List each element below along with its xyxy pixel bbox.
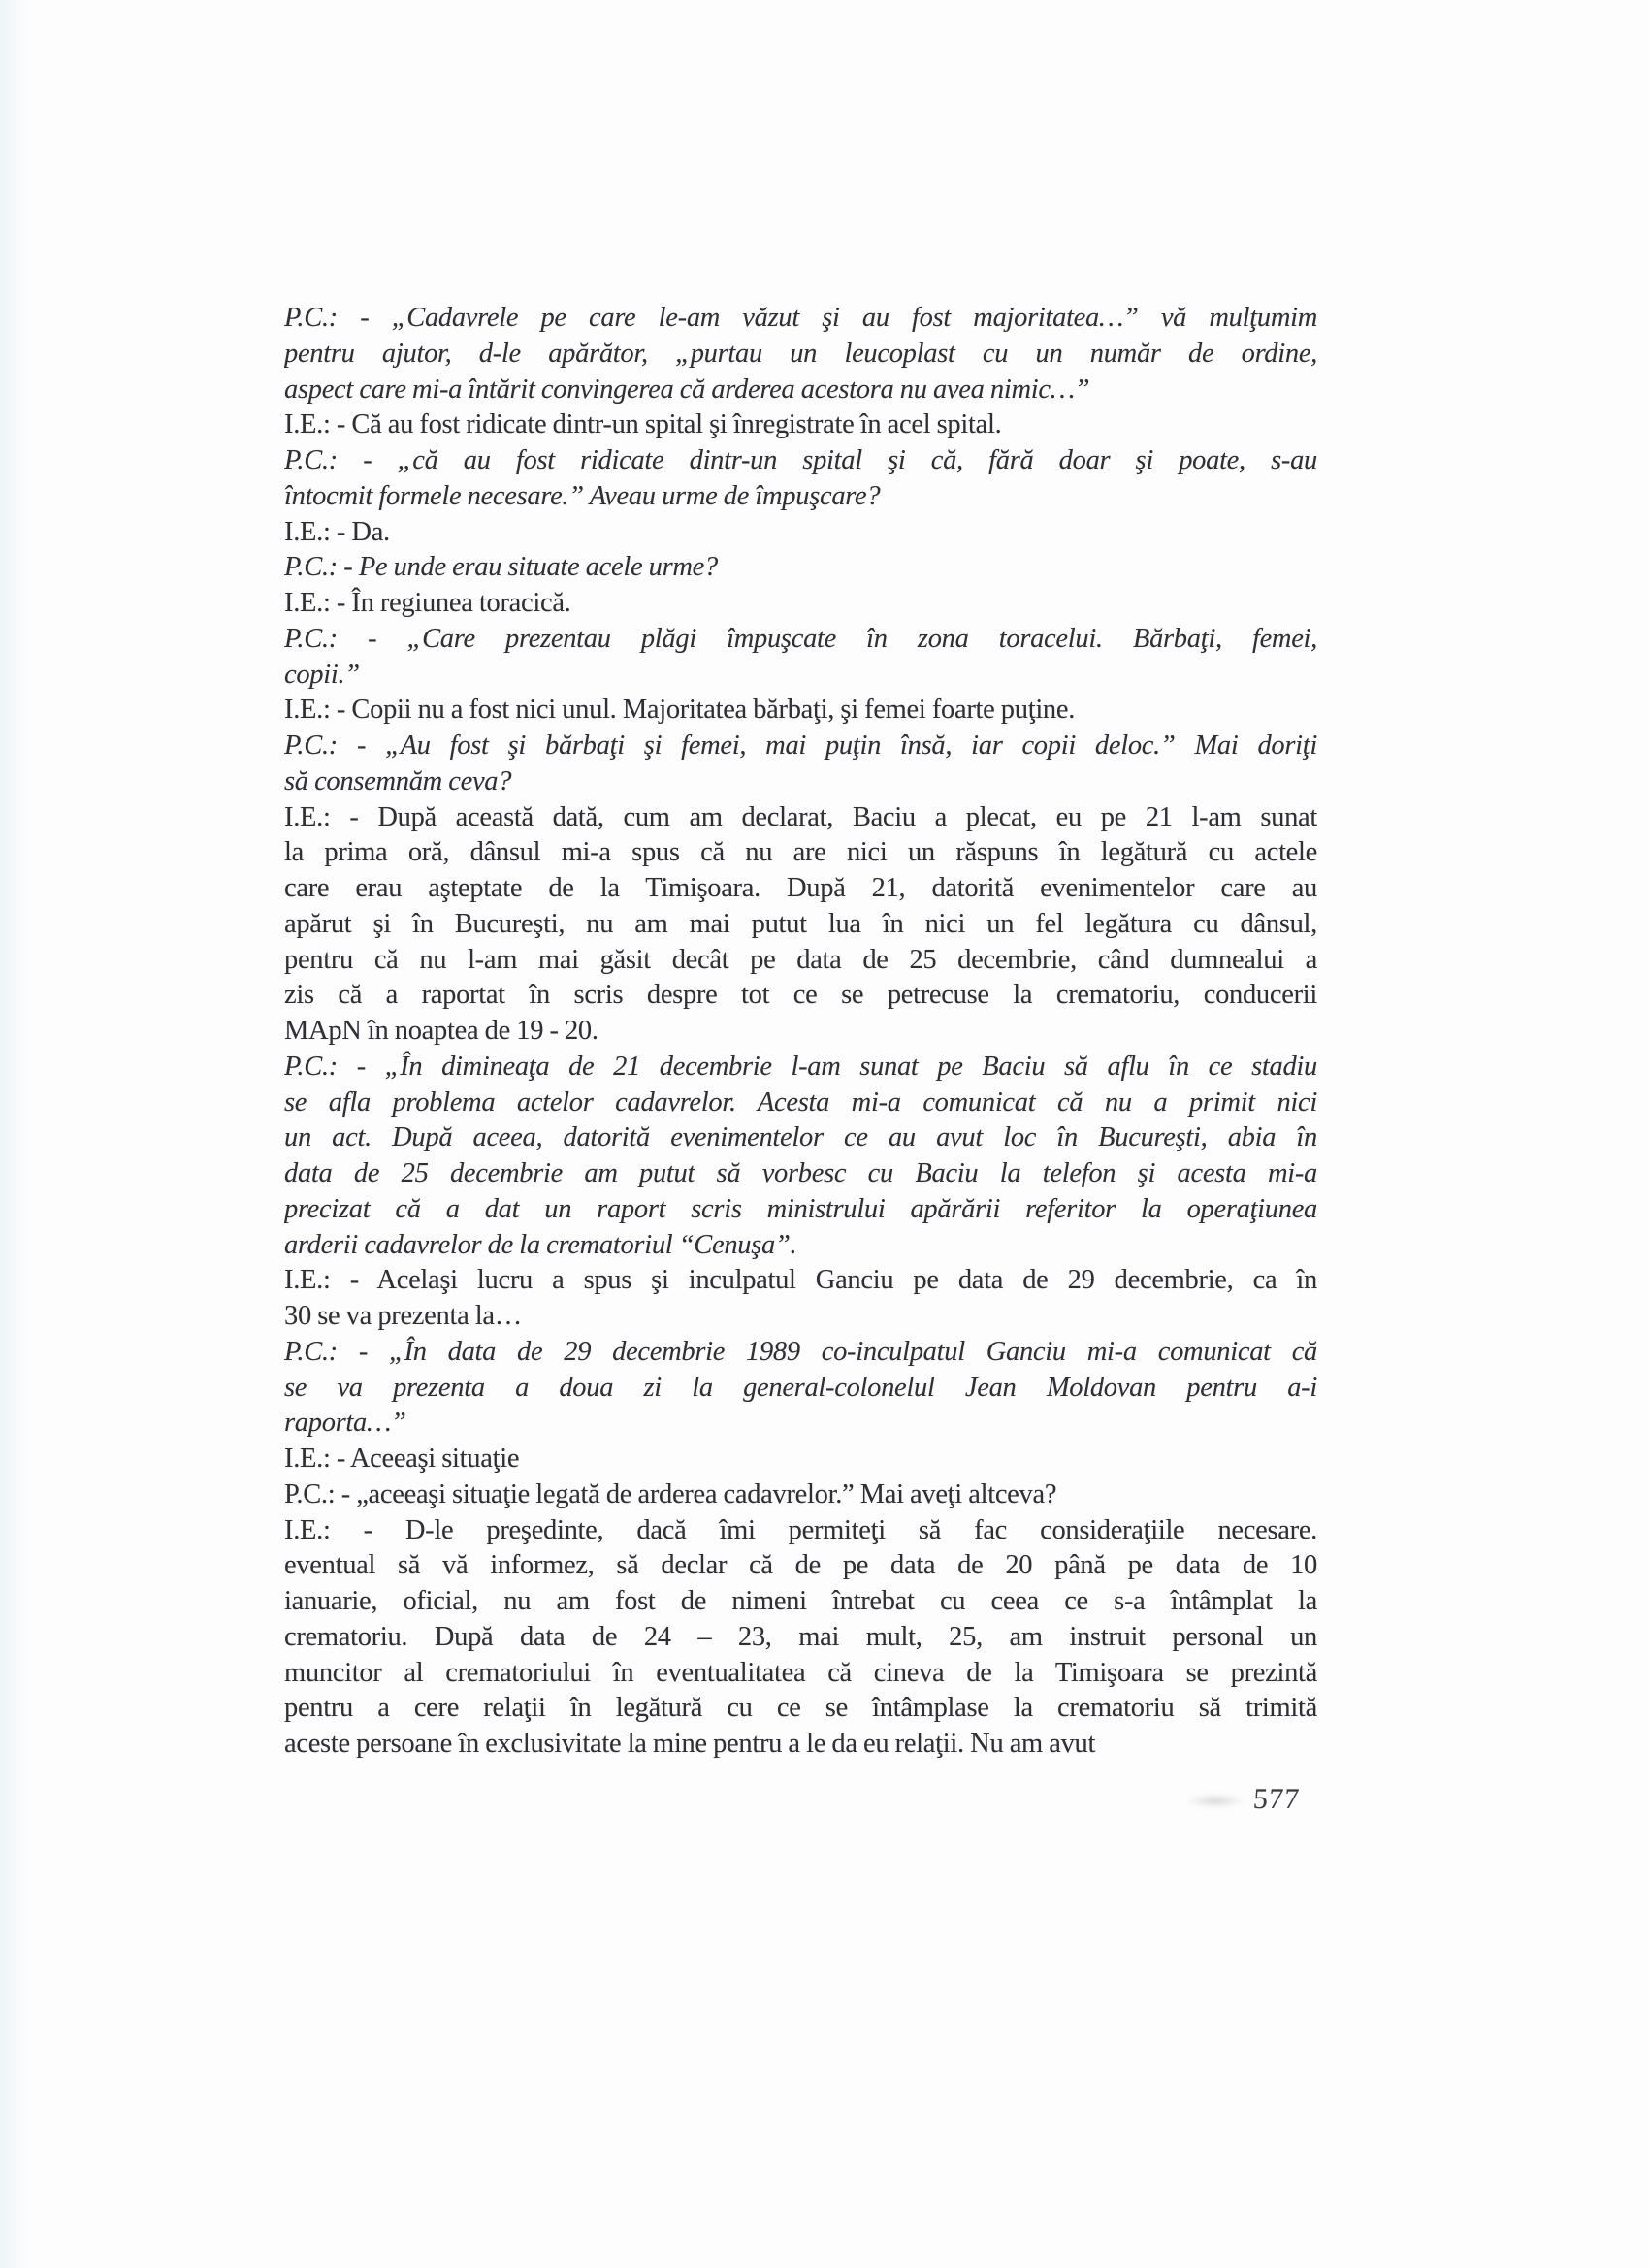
transcript-line: P.C.: - Pe unde erau situate acele urme? <box>284 550 1317 586</box>
transcript-line: data de 25 decembrie am putut să vorbesc… <box>284 1156 1317 1192</box>
transcript-line: aspect care mi-a întărit convingerea că … <box>284 373 1317 408</box>
transcript-line: să consemnăm ceva? <box>284 764 1317 800</box>
transcript-line: P.C.: - „În dimineaţa de 21 decembrie l-… <box>284 1050 1317 1085</box>
page-number: 577 <box>1252 1783 1301 1816</box>
transcript-line: I.E.: - După această dată, cum am declar… <box>284 800 1317 836</box>
transcript-line: P.C.: - „Au fost şi bărbaţi şi femei, ma… <box>284 729 1317 764</box>
transcript-line: pentru a cere relaţii în legătură cu ce … <box>284 1691 1317 1727</box>
transcript-line: apărut şi în Bucureşti, nu am mai putut … <box>284 907 1317 943</box>
transcript-line: P.C.: - „că au fost ridicate dintr-un sp… <box>284 443 1317 479</box>
transcript-line: eventual să vă informez, să declar că de… <box>284 1548 1317 1584</box>
transcript-line: 30 se va prezenta la… <box>284 1299 1317 1335</box>
transcript-line: P.C.: - „aceeaşi situaţie legată de arde… <box>284 1477 1317 1513</box>
scanned-document-page: P.C.: - „Cadavrele pe care le-am văzut ş… <box>0 0 1649 2268</box>
transcript-line: se va prezenta a doua zi la general-colo… <box>284 1371 1317 1407</box>
transcript-line: P.C.: - „Care prezentau plăgi împuşcate … <box>284 622 1317 658</box>
transcript-line: zis că a raportat în scris despre tot ce… <box>284 978 1317 1014</box>
transcript-line: care erau aşteptate de la Timişoara. Dup… <box>284 871 1317 907</box>
transcript-line: I.E.: - În regiunea toracică. <box>284 586 1317 622</box>
transcript-line: se afla problema actelor cadavrelor. Ace… <box>284 1085 1317 1121</box>
transcript-line: I.E.: - Copii nu a fost nici unul. Major… <box>284 693 1317 729</box>
transcript-line: aceste persoane în exclusivitate la mine… <box>284 1727 1317 1763</box>
transcript-line: I.E.: - Că au fost ridicate dintr-un spi… <box>284 407 1317 443</box>
transcript-line: pentru că nu l-am mai găsit decât pe dat… <box>284 943 1317 979</box>
transcript-line: precizat că a dat un raport scris minist… <box>284 1192 1317 1228</box>
transcript-line: copii.” <box>284 658 1317 694</box>
scan-edge-tint <box>0 0 27 2268</box>
transcript-line: I.E.: - Aceeaşi situaţie <box>284 1442 1317 1477</box>
scan-smudge-mark <box>1185 1794 1245 1808</box>
transcript-line: P.C.: - „Cadavrele pe care le-am văzut ş… <box>284 301 1317 337</box>
transcript-line: arderii cadavrelor de la crematoriul “Ce… <box>284 1228 1317 1264</box>
transcript-line: ianuarie, oficial, nu am fost de nimeni … <box>284 1584 1317 1620</box>
transcript-line: crematoriu. După data de 24 – 23, mai mu… <box>284 1620 1317 1656</box>
transcript-line: un act. După aceea, datorită evenimentel… <box>284 1120 1317 1156</box>
transcript-text-block: P.C.: - „Cadavrele pe care le-am văzut ş… <box>284 301 1317 1763</box>
transcript-line: I.E.: - D-le preşedinte, dacă îmi permit… <box>284 1513 1317 1549</box>
transcript-line: MApN în noaptea de 19 - 20. <box>284 1014 1317 1050</box>
transcript-line: I.E.: - Da. <box>284 515 1317 551</box>
transcript-line: întocmit formele necesare.” Aveau urme d… <box>284 479 1317 515</box>
transcript-line: pentru ajutor, d-le apărător, „purtau un… <box>284 337 1317 373</box>
transcript-line: raporta…” <box>284 1406 1317 1442</box>
transcript-line: P.C.: - „În data de 29 decembrie 1989 co… <box>284 1335 1317 1371</box>
transcript-line: I.E.: - Acelaşi lucru a spus şi inculpat… <box>284 1263 1317 1299</box>
transcript-line: muncitor al crematoriului în eventualita… <box>284 1656 1317 1692</box>
transcript-line: la prima oră, dânsul mi-a spus că nu are… <box>284 835 1317 871</box>
